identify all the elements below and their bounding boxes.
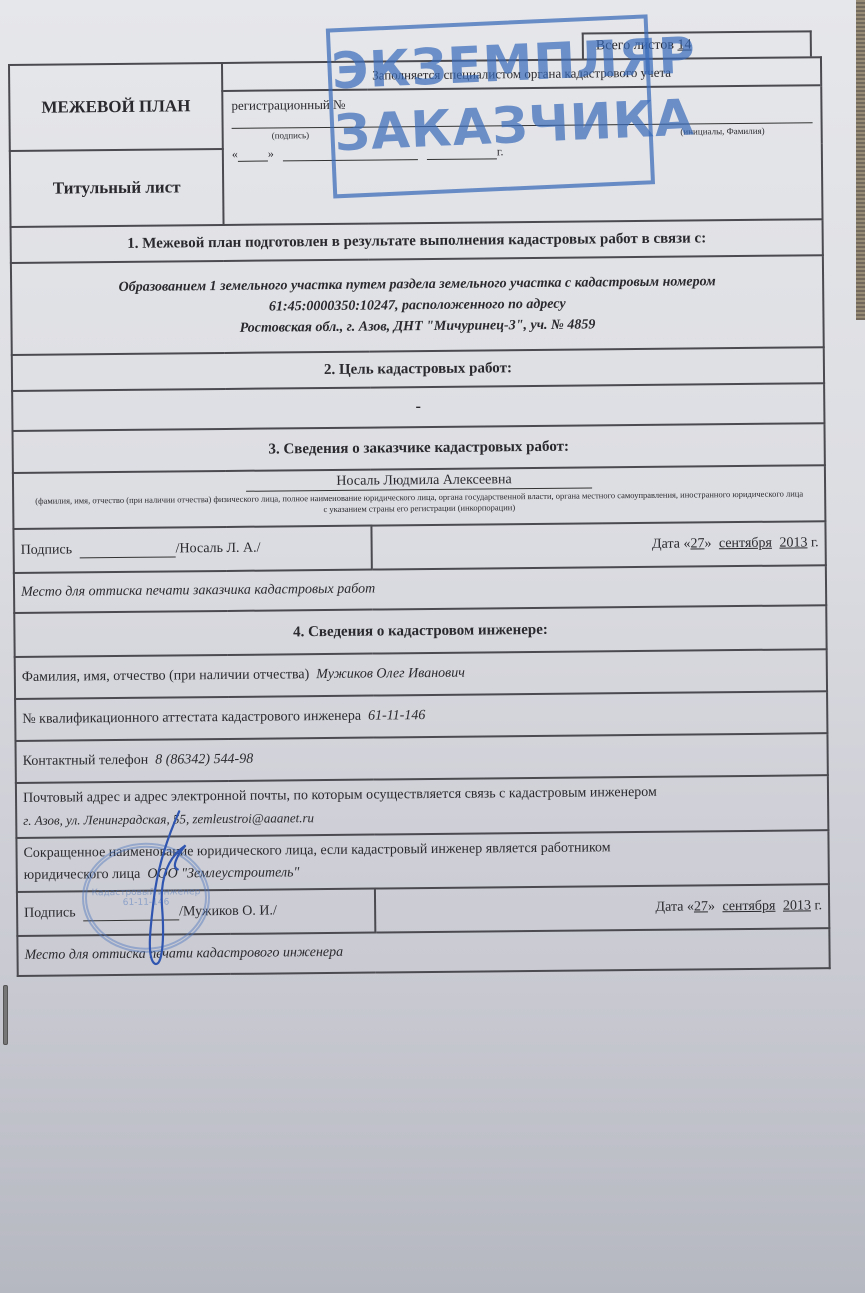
registration-block: регистрационный № (подпись) (инициалы, Ф…	[222, 85, 822, 225]
customer-date: Дата «27» сентября 2013 г.	[371, 521, 825, 569]
sheet-title: Титульный лист	[10, 149, 224, 227]
engineer-phone-value: 8 (86342) 544-98	[155, 752, 253, 768]
total-sheets-box: Всего листов 14	[582, 30, 812, 58]
engineer-address-value: г. Азов, ул. Ленинградская, 55, zemleust…	[23, 810, 314, 828]
signature-caption: (подпись)	[272, 130, 309, 140]
customer-block: Носаль Людмила Алексеевна (фамилия, имя,…	[13, 465, 826, 529]
title-sheet-form: МЕЖЕВОЙ ПЛАН Заполняется специалистом ор…	[8, 56, 831, 977]
engineer-stamp-place: Место для оттиска печати кадастрового ин…	[17, 928, 829, 976]
customer-name: Носаль Людмила Алексеевна	[246, 471, 592, 491]
engineer-signature: Подпись /Мужиков О. И./	[17, 889, 375, 936]
engineer-organization-value: ООО "Землеустроитель"	[147, 865, 299, 881]
section1-content: Образованием 1 земельного участка путем …	[11, 255, 824, 355]
total-sheets-label: Всего листов	[596, 38, 674, 54]
registration-date: «» г.	[232, 141, 813, 162]
engineer-fio-value: Мужиков Олег Иванович	[316, 666, 465, 682]
engineer-certificate-value: 61-11-146	[368, 708, 425, 724]
reg-no-label: регистрационный №	[231, 92, 812, 122]
document-page: Всего листов 14 МЕЖЕВОЙ ПЛАН Заполняется…	[0, 0, 865, 1293]
customer-signature-name: /Носаль Л. А./	[175, 541, 260, 557]
customer-signature: Подпись /Носаль Л. А./	[13, 526, 371, 573]
doc-title: МЕЖЕВОЙ ПЛАН	[9, 63, 223, 151]
total-sheets-value: 14	[677, 37, 691, 52]
engineer-organization: Сокращенное наименование юридического ли…	[16, 830, 828, 892]
initials-caption: (инициалы, Фамилия)	[680, 126, 764, 137]
engineer-date: Дата «27» сентября 2013 г.	[375, 884, 829, 932]
section4-title: 4. Сведения о кадастровом инженере:	[14, 605, 826, 657]
engineer-signature-name: /Мужиков О. И./	[179, 903, 277, 919]
engineer-address: Почтовый адрес и адрес электронной почты…	[16, 775, 828, 838]
